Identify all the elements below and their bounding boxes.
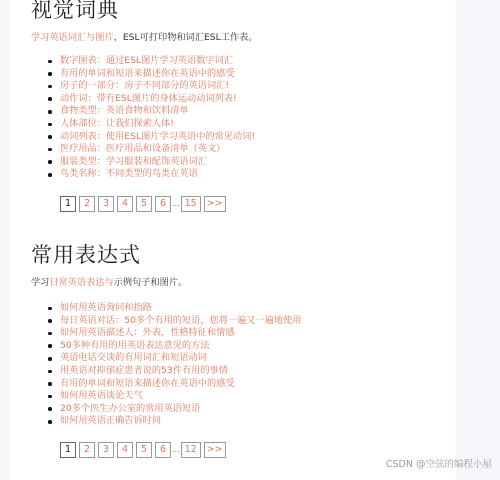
- intro-prefix: 学习: [31, 277, 49, 288]
- list-item[interactable]: 动作词：带有ESL图片的身体运动动词列表!: [44, 93, 451, 106]
- bullet-icon: [48, 160, 52, 164]
- list-item[interactable]: 如何用英语询问和指路: [44, 302, 451, 315]
- bullet-icon: [48, 110, 52, 114]
- page-2-button[interactable]: 2: [79, 196, 95, 212]
- bullet-icon: [48, 420, 52, 424]
- bullet-icon: [48, 148, 52, 152]
- bullet-icon: [48, 332, 52, 336]
- last-page-button[interactable]: 12: [181, 442, 201, 458]
- list-item-link[interactable]: 动词列表：使用ESL图片学习英语中的常见动词!: [60, 131, 255, 142]
- item-list: 如何用英语询问和指路 每日英语对话：50多个有用的短语，您将一遍又一遍地使用 如…: [44, 302, 451, 428]
- list-item-link[interactable]: 如何用英语描述人：外表，性格特征和情感: [60, 327, 235, 338]
- content-area: 视觉词典 学习英语词汇与图片，ESL可打印物和词汇ESL工作表。 数字图表：通过…: [10, 0, 456, 480]
- intro-link[interactable]: 学习英语词汇与图片: [31, 32, 114, 43]
- list-item-link[interactable]: 有用的单词和短语来描述你在英语中的感受: [60, 68, 235, 79]
- list-item-link[interactable]: 英语电话交谈的有用词汇和短语动词: [60, 352, 207, 363]
- page-2-button[interactable]: 2: [79, 442, 95, 458]
- list-item[interactable]: 50多种有用的用英语表达意见的方法: [44, 340, 451, 353]
- pagination-ellipsis: ...: [172, 445, 180, 454]
- list-item[interactable]: 每日英语对话：50多个有用的短语，您将一遍又一遍地使用: [44, 315, 451, 328]
- bullet-icon: [48, 344, 52, 348]
- section-intro: 学习英语词汇与图片，ESL可打印物和词汇ESL工作表。: [31, 31, 451, 45]
- list-item-link[interactable]: 如何用英语询问和指路: [60, 302, 152, 313]
- bullet-icon: [48, 72, 52, 76]
- list-item[interactable]: 英语电话交谈的有用词汇和短语动词: [44, 352, 451, 365]
- bullet-icon: [48, 135, 52, 139]
- list-item[interactable]: 数字图表：通过ESL图片学习英语数字词汇: [44, 55, 451, 68]
- list-item[interactable]: 有用的单词和短语来描述你在英语中的感受: [44, 378, 451, 391]
- list-item-link[interactable]: 服装类型：学习服装和配饰英语词汇: [60, 156, 207, 167]
- bullet-icon: [48, 407, 52, 411]
- pagination: 1 2 3 4 5 6 ... 15 >>: [60, 196, 451, 212]
- last-page-button[interactable]: 15: [181, 196, 201, 212]
- list-item-link[interactable]: 医疗用品：医疗用品和设备清单（英文）: [60, 143, 225, 154]
- list-item-link[interactable]: 有用的单词和短语来描述你在英语中的感受: [60, 378, 235, 389]
- page-6-button[interactable]: 6: [155, 196, 171, 212]
- list-item[interactable]: 20多个医生办公室的常用英语短语: [44, 403, 451, 416]
- page-3-button[interactable]: 3: [98, 196, 114, 212]
- intro-suffix: ，ESL可打印物和词汇ESL工作表。: [114, 32, 258, 43]
- section-visual-dictionary: 视觉词典 学习英语词汇与图片，ESL可打印物和词汇ESL工作表。 数字图表：通过…: [31, 0, 451, 212]
- list-item[interactable]: 如何用英语谈论天气: [44, 390, 451, 403]
- list-item-link[interactable]: 用英语对抑郁症患者说的53件有用的事情: [60, 365, 228, 376]
- intro-suffix: 示例句子和图片。: [114, 277, 188, 288]
- list-item[interactable]: 房子的一部分：房子不同部分的英语词汇!: [44, 80, 451, 93]
- watermark: CSDN @空弦的编程小屋: [386, 456, 492, 470]
- bullet-icon: [48, 97, 52, 101]
- intro-link[interactable]: 日常英语表达与: [49, 277, 113, 288]
- page-5-button[interactable]: 5: [136, 442, 152, 458]
- section-intro: 学习日常英语表达与示例句子和图片。: [31, 276, 451, 290]
- bullet-icon: [48, 395, 52, 399]
- list-item[interactable]: 鸟类名称：不同类型的鸟类在英语: [44, 168, 451, 181]
- list-item[interactable]: 人体部位：让我们探索人体!: [44, 118, 451, 131]
- list-item[interactable]: 医疗用品：医疗用品和设备清单（英文）: [44, 143, 451, 156]
- list-item-link[interactable]: 人体部位：让我们探索人体!: [60, 118, 174, 129]
- item-list: 数字图表：通过ESL图片学习英语数字词汇 有用的单词和短语来描述你在英语中的感受…: [44, 55, 451, 181]
- list-item[interactable]: 有用的单词和短语来描述你在英语中的感受: [44, 68, 451, 81]
- list-item[interactable]: 服装类型：学习服装和配饰英语词汇: [44, 156, 451, 169]
- page-5-button[interactable]: 5: [136, 196, 152, 212]
- pagination-ellipsis: ...: [172, 199, 180, 208]
- page: 视觉词典 学习英语词汇与图片，ESL可打印物和词汇ESL工作表。 数字图表：通过…: [0, 0, 500, 480]
- section-title: 视觉词典: [31, 0, 451, 22]
- list-item-link[interactable]: 动作词：带有ESL图片的身体运动动词列表!: [60, 93, 237, 104]
- next-page-button[interactable]: >>: [204, 196, 226, 212]
- bullet-icon: [48, 173, 52, 177]
- list-item[interactable]: 动词列表：使用ESL图片学习英语中的常见动词!: [44, 131, 451, 144]
- section-title: 常用表达式: [31, 243, 451, 267]
- list-item-link[interactable]: 食物类型：英语食物和饮料清单: [60, 105, 189, 116]
- page-4-button[interactable]: 4: [117, 196, 133, 212]
- list-item-link[interactable]: 如何用英语谈论天气: [60, 390, 143, 401]
- page-1-button[interactable]: 1: [60, 442, 76, 458]
- page-3-button[interactable]: 3: [98, 442, 114, 458]
- list-item-link[interactable]: 每日英语对话：50多个有用的短语，您将一遍又一遍地使用: [60, 315, 301, 326]
- next-page-button[interactable]: >>: [204, 442, 226, 458]
- page-1-button[interactable]: 1: [60, 196, 76, 212]
- bullet-icon: [48, 370, 52, 374]
- list-item[interactable]: 如何用英语正确告诉时间: [44, 415, 451, 428]
- list-item[interactable]: 食物类型：英语食物和饮料清单: [44, 105, 451, 118]
- bullet-icon: [48, 123, 52, 127]
- bullet-icon: [48, 357, 52, 361]
- list-item-link[interactable]: 20多个医生办公室的常用英语短语: [60, 403, 200, 414]
- page-4-button[interactable]: 4: [117, 442, 133, 458]
- list-item[interactable]: 用英语对抑郁症患者说的53件有用的事情: [44, 365, 451, 378]
- list-item-link[interactable]: 房子的一部分：房子不同部分的英语词汇!: [60, 80, 229, 91]
- list-item-link[interactable]: 数字图表：通过ESL图片学习英语数字词汇: [60, 55, 233, 66]
- bullet-icon: [48, 60, 52, 64]
- bullet-icon: [48, 307, 52, 311]
- list-item-link[interactable]: 如何用英语正确告诉时间: [60, 415, 161, 426]
- bullet-icon: [48, 319, 52, 323]
- list-item-link[interactable]: 鸟类名称：不同类型的鸟类在英语: [60, 168, 198, 179]
- bullet-icon: [48, 85, 52, 89]
- bullet-icon: [48, 382, 52, 386]
- page-6-button[interactable]: 6: [155, 442, 171, 458]
- list-item-link[interactable]: 50多种有用的用英语表达意见的方法: [60, 340, 210, 351]
- section-common-expressions: 常用表达式 学习日常英语表达与示例句子和图片。 如何用英语询问和指路 每日英语对…: [31, 243, 451, 458]
- list-item[interactable]: 如何用英语描述人：外表，性格特征和情感: [44, 327, 451, 340]
